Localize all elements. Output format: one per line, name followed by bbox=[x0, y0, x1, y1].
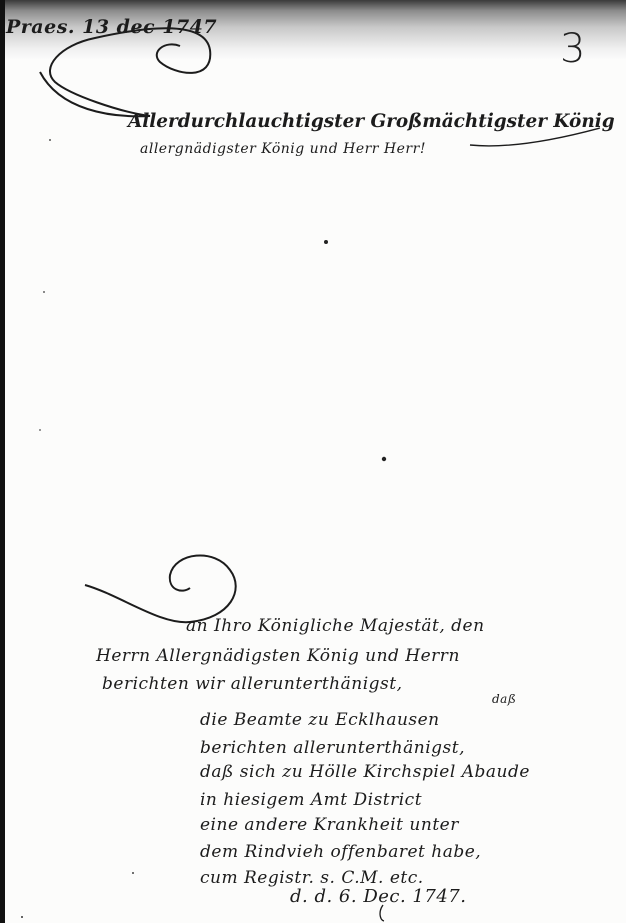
body-line: in hiesigem Amt District bbox=[200, 790, 422, 810]
body-line: Herrn Allergnädigsten König und Herrn bbox=[96, 646, 460, 666]
salutation-line-1: Allerdurchlauchtigster Großmächtigster K… bbox=[128, 110, 615, 132]
folio-note: Praes. 13 dec 1747 bbox=[6, 16, 217, 38]
calligraphic-flourishes bbox=[0, 0, 626, 923]
body-line: daß sich zu Hölle Kirchspiel Abaude bbox=[200, 762, 530, 782]
body-line: dem Rindvieh offenbaret habe, bbox=[200, 842, 481, 862]
body-line: berichten allerunterthänigst, bbox=[200, 738, 465, 758]
interlinear-insertion: daß bbox=[492, 692, 516, 706]
scan-border-left bbox=[0, 0, 5, 923]
body-line: die Beamte zu Ecklhausen bbox=[200, 710, 440, 730]
body-line: berichten wir allerunterthänigst, bbox=[102, 674, 403, 694]
date-line: d. d. 6. Dec. 1747. bbox=[290, 886, 466, 907]
salutation-line-2: allergnädigster König und Herr Herr! bbox=[140, 141, 426, 157]
page-number: 3 bbox=[560, 26, 586, 72]
manuscript-page: Praes. 13 dec 1747 3 Allerdurchlauchtigs… bbox=[0, 0, 626, 923]
body-line: eine andere Krankheit unter bbox=[200, 815, 459, 835]
body-line: an Ihro Königliche Majestät, den bbox=[186, 616, 485, 636]
body-line: cum Registr. s. C.M. etc. bbox=[200, 868, 424, 888]
